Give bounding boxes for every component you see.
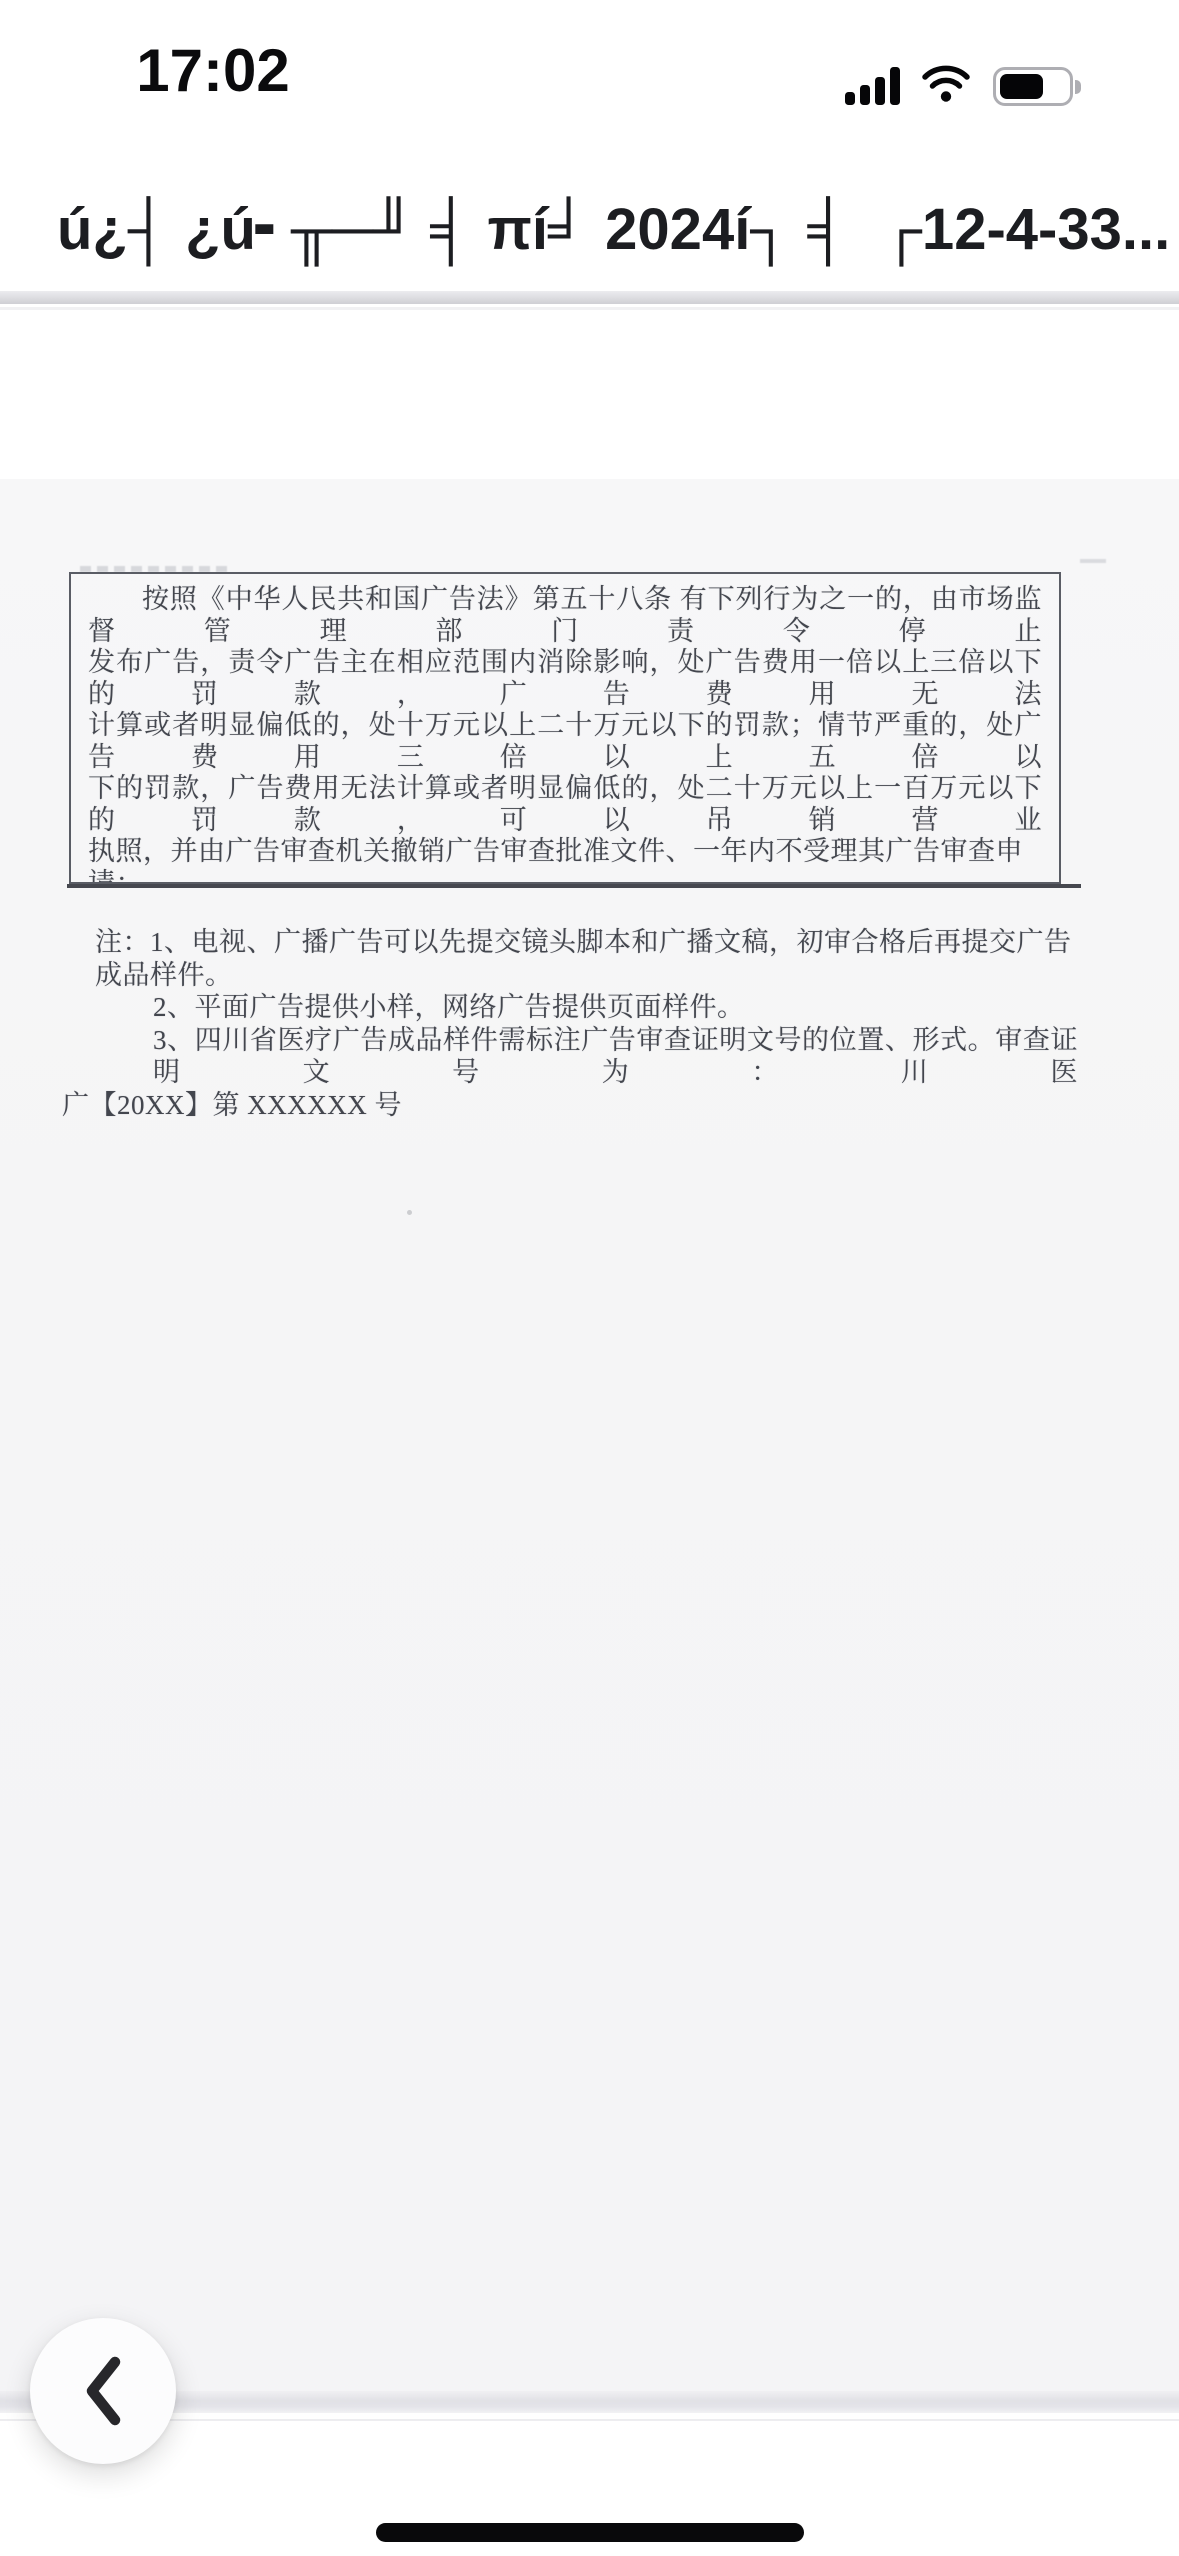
legal-line: 下的罚款，广告费用无法计算或者明显偏低的，处二十万元以上一百万元以下的罚款，可以… [88,773,1042,836]
status-time: 17:02 [128,40,298,102]
box-bottom-rule [67,884,1081,888]
top-divider [0,291,1179,304]
legal-line: 计算或者明显偏低的，处十万元以上二十万元以下的罚款；情节严重的，处广告费用三倍以… [88,710,1042,773]
chevron-left-icon [81,2355,125,2427]
screen: 17:02 ú¿┤ ¿ú╸╥─╜ ╡ πí╛ 2024í┐ ╡ ┌12-4-33… [0,0,1179,2556]
back-button[interactable] [30,2318,176,2464]
note-line: 广【20XX】第 XXXXXX 号 [62,1089,1078,1122]
status-bar: 17:02 [0,0,1179,130]
scan-speck [407,1210,412,1215]
home-indicator[interactable] [376,2523,804,2542]
note-line: 注：1、电视、广播广告可以先提交镜头脚本和广播文稿，初审合格后再提交广告成品样件… [62,926,1078,991]
note-line: 3、四川省医疗广告成品样件需标注广告审查证明文号的位置、形式。审查证明文号为：川… [62,1024,1078,1089]
scan-artifact [1080,559,1106,563]
cellular-signal-icon [845,66,903,105]
battery-cap [1075,80,1081,94]
note-line: 2、平面广告提供小样，网络广告提供页面样件。 [62,991,1078,1024]
legal-line: 发布广告，责令广告主在相应范围内消除影响，处广告费用一倍以上三倍以下的罚款，广告… [88,647,1042,710]
title-bar: ú¿┤ ¿ú╸╥─╜ ╡ πí╛ 2024í┐ ╡ ┌12-4-33... [0,160,1179,290]
wifi-icon [921,64,971,104]
document-title: ú¿┤ ¿ú╸╥─╜ ╡ πí╛ 2024í┐ ╡ ┌12-4-33... [57,194,1169,274]
battery-icon [993,67,1081,106]
notes-block: 注：1、电视、广播广告可以先提交镜头脚本和广播文稿，初审合格后再提交广告成品样件… [62,926,1078,1122]
legal-line: 按照《中华人民共和国广告法》第五十八条 有下列行为之一的，由市场监督管理部门责令… [88,584,1042,647]
bottom-divider [0,2391,1179,2413]
legal-line: 执照，并由广告审查机关撤销广告审查批准文件、一年内不受理其广告审查申请： [88,836,1042,884]
legal-text-box: 按照《中华人民共和国广告法》第五十八条 有下列行为之一的，由市场监督管理部门责令… [69,572,1061,884]
battery-fill [1000,74,1043,99]
document-page[interactable]: 按照《中华人民共和国广告法》第五十八条 有下列行为之一的，由市场监督管理部门责令… [0,479,1179,2391]
